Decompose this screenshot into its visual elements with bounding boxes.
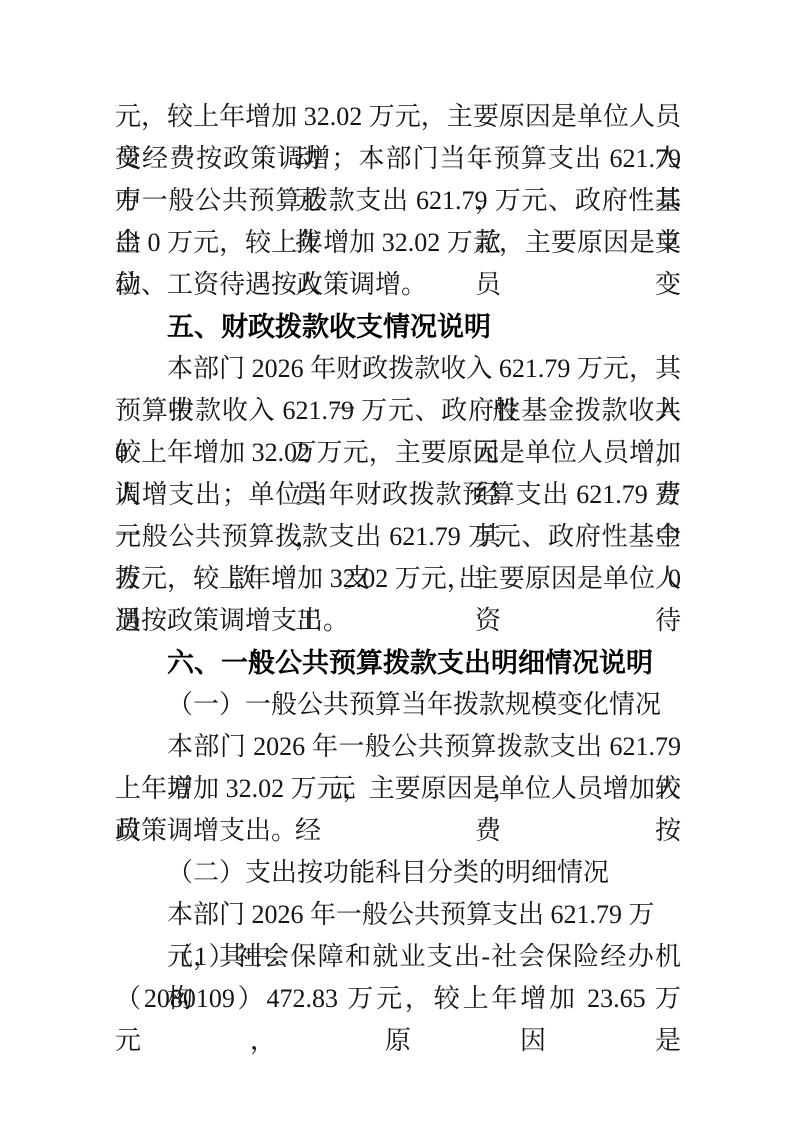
text-line: 元，较上年增加 32.02 万元，主要原因是单位人员变动、人: [115, 96, 681, 138]
document-page: 元，较上年增加 32.02 万元，主要原因是单位人员变动、人员经费按政策调增；本…: [0, 0, 793, 1122]
text-line: 本部门 2026 年一般公共预算支出 621.79 万元，其中：: [115, 894, 681, 936]
paragraph: 本部门 2026 年一般公共预算拨款支出 621.79 万元，较上年增加 32.…: [115, 726, 681, 852]
paragraph: 本部门 2026 年财政拨款收入 621.79 万元，其中一般共预算拨款收入 6…: [115, 348, 681, 642]
section-heading: 六、一般公共预算拨款支出明细情况说明: [115, 642, 681, 684]
text-line: （二）支出按功能科目分类的明细情况: [115, 852, 681, 894]
text-line: 较上年增加 32.02 万元，主要原因是单位人员增加人员经费: [115, 432, 681, 474]
text-line: 员经费按政策调增；本部门当年预算支出 621.79 万元，其: [115, 138, 681, 180]
text-line: 上年增加 32.02 万元，主要原因是单位人员增加人员经费按: [115, 768, 681, 810]
text-line: （2080109）472.83 万元，较上年增加 23.65 万元，原因是: [115, 978, 681, 1020]
text-line: 本部门 2026 年一般公共预算拨款支出 621.79 万元，较: [115, 726, 681, 768]
text-line: 本部门 2026 年财政拨款收入 621.79 万元，其中一般共: [115, 348, 681, 390]
text-line: （一）一般公共预算当年拨款规模变化情况: [115, 684, 681, 726]
text-line: 一般公共预算拨款支出 621.79 万元、政府性基金拨款支出 0: [115, 516, 681, 558]
document-content: 元，较上年增加 32.02 万元，主要原因是单位人员变动、人员经费按政策调增；本…: [115, 96, 681, 1020]
text-line: 出 0 万元，较上年增加 32.02 万元，主要原因是单位人员变: [115, 222, 681, 264]
text-line: （1）社会保障和就业支出-社会保险经办机构: [115, 936, 681, 978]
text-line: 万元，较上年增加 32.02 万元，主要原因是单位人员工资待: [115, 558, 681, 600]
text-line: 六、一般公共预算拨款支出明细情况说明: [115, 642, 681, 684]
paragraph: 元，较上年增加 32.02 万元，主要原因是单位人员变动、人员经费按政策调增；本…: [115, 96, 681, 306]
section-subheading: （一）一般公共预算当年拨款规模变化情况: [115, 684, 681, 726]
paragraph: 本部门 2026 年一般公共预算支出 621.79 万元，其中：: [115, 894, 681, 936]
text-line: 调增支出；单位当年财政拨款预算支出 621.79 万元，其中: [115, 474, 681, 516]
text-line: 五、财政拨款收支情况说明: [115, 306, 681, 348]
section-subheading: （二）支出按功能科目分类的明细情况: [115, 852, 681, 894]
section-heading: 五、财政拨款收支情况说明: [115, 306, 681, 348]
text-line: 预算拨款收入 621.79 万元、政府性基金拨款收入 0 万元，: [115, 390, 681, 432]
paragraph: （1）社会保障和就业支出-社会保险经办机构（2080109）472.83 万元，…: [115, 936, 681, 1020]
text-line: 中一般公共预算拨款支出 621.79 万元、政府性基金拨款支: [115, 180, 681, 222]
